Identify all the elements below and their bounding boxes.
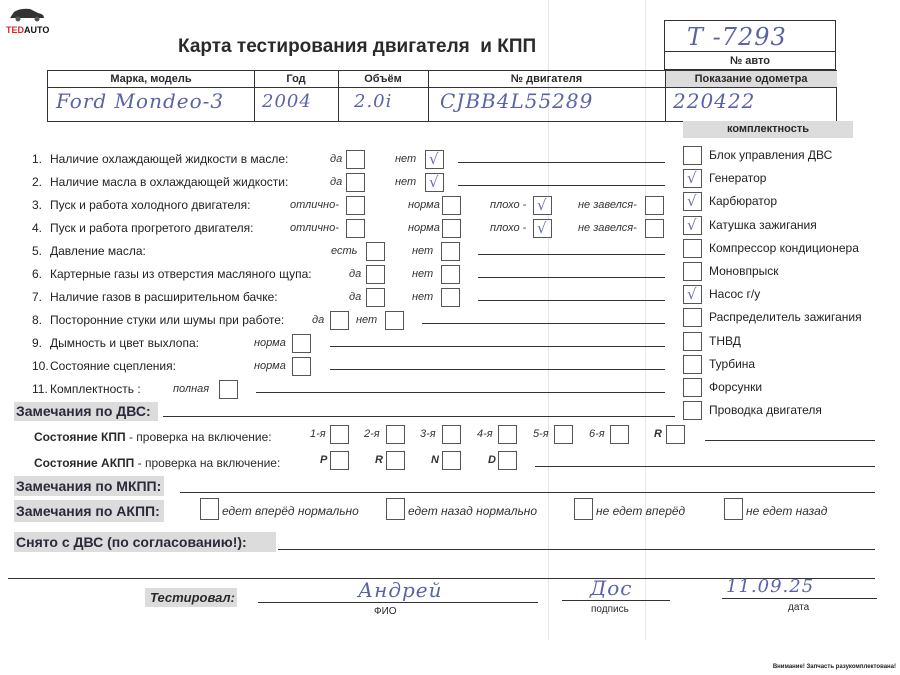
gear-checkbox[interactable] — [442, 425, 461, 444]
option-checkbox[interactable] — [292, 357, 311, 376]
akpp-remark-checkbox[interactable] — [200, 498, 219, 520]
question-number: 8. — [32, 313, 42, 327]
tested-by-label: Тестировал: — [150, 590, 235, 605]
gear-label: R — [375, 454, 383, 466]
header-col-year: Год — [254, 73, 338, 85]
option-label: плохо - — [490, 199, 526, 211]
question-text: Комплектность : — [50, 382, 141, 396]
car-number-box: T -7293 № авто — [664, 20, 836, 70]
completeness-item-label: Карбюратор — [709, 194, 777, 208]
completeness-checkbox[interactable] — [683, 355, 702, 374]
question-text: Пуск и работа прогретого двигателя: — [50, 221, 254, 235]
question-text: Дымность и цвет выхлопа: — [50, 336, 199, 350]
question-number: 9. — [32, 336, 42, 350]
option-checkbox[interactable] — [533, 219, 552, 238]
completeness-checkbox[interactable] — [683, 239, 702, 258]
car-logo-icon — [8, 6, 46, 22]
completeness-title: комплектность — [683, 123, 853, 135]
remarks-ice-label: Замечания по ДВС: — [16, 403, 151, 419]
akpp-remark-checkbox[interactable] — [724, 498, 743, 520]
logo-text-red: TED — [6, 25, 24, 35]
option-checkbox[interactable] — [442, 196, 461, 215]
make-model-value: Ford Mondeo-3 — [56, 89, 224, 113]
signature-value: Дос — [590, 576, 633, 600]
option-label: нет — [412, 245, 433, 257]
gear-checkbox[interactable] — [666, 425, 685, 444]
gear-checkbox[interactable] — [498, 451, 517, 470]
removed-line[interactable] — [278, 549, 875, 550]
option-checkbox[interactable] — [292, 334, 311, 353]
logo: TEDAUTO — [6, 6, 46, 36]
question-text: Состояние сцепления: — [50, 359, 176, 373]
option-checkbox[interactable] — [385, 311, 404, 330]
remarks-mkpp-label: Замечания по МКПП: — [16, 478, 161, 494]
name-caption: ФИО — [374, 606, 397, 617]
option-label: да — [349, 268, 361, 280]
option-checkbox[interactable] — [366, 288, 385, 307]
notes-line[interactable] — [458, 185, 665, 186]
car-number-value: T -7293 — [687, 23, 787, 51]
question-number: 10. — [32, 359, 49, 373]
removed-label: Снято с ДВС (по согласованию!): — [16, 534, 247, 550]
header-col-engine: № двигателя — [428, 73, 665, 85]
option-label: да — [349, 291, 361, 303]
option-checkbox[interactable] — [366, 265, 385, 284]
header-col-volume: Объём — [338, 73, 428, 85]
gear-label: 4-я — [477, 428, 493, 440]
question-number: 11. — [32, 382, 48, 396]
akpp-remark-label: едет вперёд нормально — [222, 504, 359, 518]
akpp-label: Состояние АКПП - проверка на включение: — [34, 456, 280, 470]
notes-line[interactable] — [478, 300, 665, 301]
option-label: норма - — [408, 222, 447, 234]
akpp-remark-label: едет назад нормально — [408, 504, 537, 518]
notes-line[interactable] — [330, 369, 665, 370]
notes-line[interactable] — [256, 392, 665, 393]
question-text: Наличие газов в расширительном бачке: — [50, 290, 278, 304]
option-label: нет — [395, 176, 416, 188]
akpp-remark-label: не едет вперёд — [596, 504, 685, 518]
completeness-item-label: Форсунки — [709, 380, 762, 394]
completeness-item-label: Моновпрыск — [709, 264, 779, 278]
option-label: норма — [254, 360, 286, 372]
notes-line[interactable] — [458, 162, 665, 163]
option-checkbox[interactable] — [366, 242, 385, 261]
completeness-item-label: Насос г/у — [709, 287, 760, 301]
option-checkbox[interactable] — [645, 196, 664, 215]
gear-label: 1-я — [310, 428, 326, 440]
question-number: 3. — [32, 198, 42, 212]
option-checkbox[interactable] — [330, 311, 349, 330]
akpp-label-rest: - проверка на включение: — [134, 456, 280, 470]
completeness-item-label: Генератор — [709, 171, 766, 185]
question-text: Давление масла: — [50, 244, 146, 258]
option-label: норма - — [408, 199, 447, 211]
completeness-checkbox[interactable] — [683, 262, 702, 281]
option-label: норма — [254, 337, 286, 349]
notes-line[interactable] — [478, 254, 665, 255]
question-text: Картерные газы из отверстия масляного щу… — [50, 267, 312, 281]
gear-checkbox[interactable] — [442, 451, 461, 470]
completeness-item-label: Блок управления ДВС — [709, 148, 832, 162]
question-number: 5. — [32, 244, 42, 258]
akpp-remark-label: не едет назад — [746, 504, 827, 518]
notes-line[interactable] — [478, 277, 665, 278]
signature-caption: подпись — [591, 604, 629, 615]
kpp-label-bold: Состояние КПП — [34, 430, 126, 444]
completeness-checkbox[interactable] — [683, 332, 702, 351]
gear-label: R — [654, 428, 662, 440]
header-col-odometer: Показание одометра — [665, 73, 837, 85]
option-label: да — [330, 176, 342, 188]
kpp-label: Состояние КПП - проверка на включение: — [34, 430, 272, 444]
question-number: 6. — [32, 267, 42, 281]
question-number: 7. — [32, 290, 42, 304]
gear-label: 2-я — [364, 428, 380, 440]
gear-label: P — [320, 454, 327, 466]
option-label: нет — [412, 268, 433, 280]
volume-value: 2.0i — [354, 91, 392, 112]
completeness-checkbox[interactable] — [683, 285, 702, 304]
akpp-label-bold: Состояние АКПП — [34, 456, 134, 470]
notes-line[interactable] — [330, 346, 665, 347]
completeness-item-label: Распределитель зажигания — [709, 310, 862, 324]
completeness-item-label: Проводка двигателя — [709, 403, 822, 417]
tester-name-value: Андрей — [358, 578, 443, 602]
akpp-remark-checkbox[interactable] — [574, 498, 593, 520]
option-checkbox[interactable] — [442, 219, 461, 238]
gear-label: 5-я — [533, 428, 549, 440]
car-number-label: № авто — [665, 55, 835, 67]
gear-checkbox[interactable] — [610, 425, 629, 444]
question-text: Наличие охлаждающей жидкости в масле: — [50, 152, 288, 166]
gear-label: 6-я — [589, 428, 605, 440]
option-label: да — [312, 314, 324, 326]
option-label: полная — [173, 383, 209, 395]
remarks-ice-line[interactable] — [163, 416, 675, 417]
option-checkbox[interactable] — [425, 150, 444, 169]
completeness-checkbox[interactable] — [683, 378, 702, 397]
kpp-label-rest: - проверка на включение: — [126, 430, 272, 444]
vehicle-info-table: Марка, модель Год Объём № двигателя Пока… — [47, 70, 837, 122]
gear-label: N — [431, 454, 439, 466]
option-label: есть — [331, 245, 357, 257]
option-label: отлично- — [290, 199, 339, 211]
gear-checkbox[interactable] — [330, 451, 349, 470]
question-number: 2. — [32, 175, 42, 189]
date-caption: дата — [788, 602, 809, 613]
option-label: не завелся- — [578, 199, 637, 211]
year-value: 2004 — [262, 91, 312, 112]
option-label: нет — [412, 291, 433, 303]
question-text: Наличие масла в охлаждающей жидкости: — [50, 175, 288, 189]
completeness-checkbox[interactable] — [683, 169, 702, 188]
question-number: 1. — [32, 152, 42, 166]
gear-label: D — [488, 454, 496, 466]
completeness-item-label: Катушка зажигания — [709, 218, 817, 232]
option-checkbox[interactable] — [441, 242, 460, 261]
remarks-akpp-label: Замечания по АКПП: — [16, 503, 160, 519]
option-checkbox[interactable] — [441, 288, 460, 307]
option-label: нет — [356, 314, 377, 326]
option-checkbox[interactable] — [346, 150, 365, 169]
option-checkbox[interactable] — [346, 173, 365, 192]
gear-checkbox[interactable] — [386, 425, 405, 444]
option-checkbox[interactable] — [425, 173, 444, 192]
option-label: да — [330, 153, 342, 165]
notes-line[interactable] — [422, 323, 665, 324]
question-text: Посторонние стуки или шумы при работе: — [50, 313, 284, 327]
option-checkbox[interactable] — [219, 380, 238, 399]
question-number: 4. — [32, 221, 42, 235]
akpp-remark-checkbox[interactable] — [386, 498, 405, 520]
completeness-checkbox[interactable] — [683, 401, 702, 420]
completeness-item-label: Компрессор кондиционера — [709, 241, 859, 255]
option-label: не завелся- — [578, 222, 637, 234]
option-checkbox[interactable] — [346, 196, 365, 215]
option-checkbox[interactable] — [645, 219, 664, 238]
option-label: отлично- — [290, 222, 339, 234]
option-checkbox[interactable] — [346, 219, 365, 238]
completeness-item-label: Турбина — [709, 357, 755, 371]
page-title: Карта тестирования двигателя и КПП — [178, 36, 536, 58]
question-text: Пуск и работа холодного двигателя: — [50, 198, 250, 212]
completeness-checkbox[interactable] — [683, 146, 702, 165]
date-value: 11.09.25 — [726, 576, 814, 597]
completeness-checkbox[interactable] — [683, 308, 702, 327]
gear-checkbox[interactable] — [330, 425, 349, 444]
gear-checkbox[interactable] — [498, 425, 517, 444]
option-checkbox[interactable] — [533, 196, 552, 215]
completeness-checkbox[interactable] — [683, 192, 702, 211]
completeness-item-label: ТНВД — [709, 334, 741, 348]
logo-text-black: AUTO — [24, 25, 49, 35]
gear-checkbox[interactable] — [554, 425, 573, 444]
completeness-checkbox[interactable] — [683, 216, 702, 235]
gear-checkbox[interactable] — [386, 451, 405, 470]
odometer-value: 220422 — [673, 89, 755, 113]
option-label: нет — [395, 153, 416, 165]
remarks-mkpp-line[interactable] — [180, 492, 875, 493]
option-checkbox[interactable] — [441, 265, 460, 284]
engine-number-value: CJBB4L55289 — [440, 89, 593, 113]
gear-label: 3-я — [420, 428, 436, 440]
option-label: плохо - — [490, 222, 526, 234]
header-col-make: Марка, модель — [48, 73, 254, 85]
warning-text: Внимание! Запчасть разукомплектована! — [773, 664, 896, 670]
